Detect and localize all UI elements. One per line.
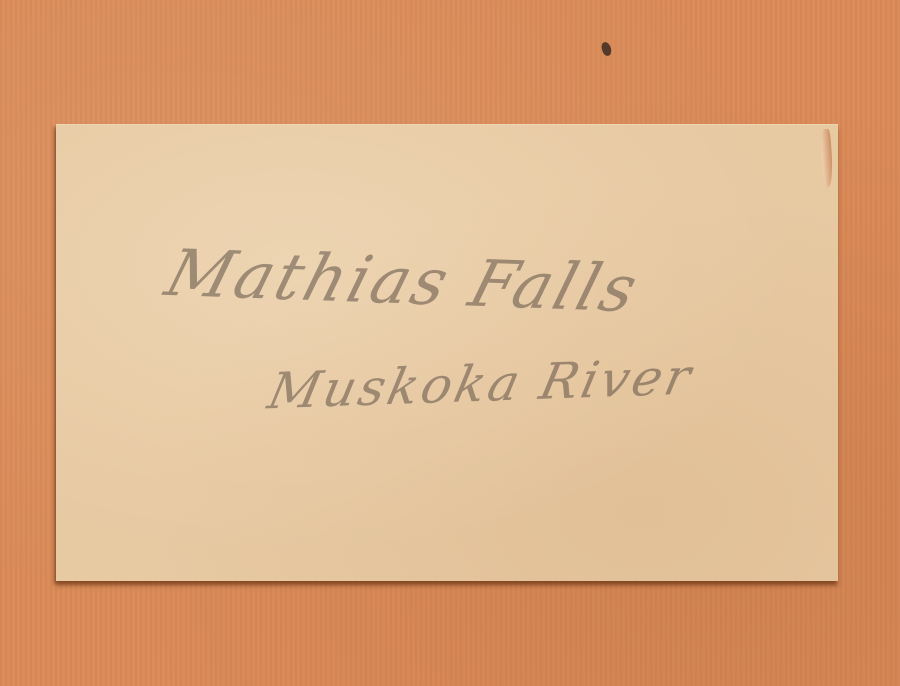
paper-label: Mathias Falls Muskoka River xyxy=(56,124,838,581)
torn-corner xyxy=(820,129,834,188)
orange-mat-board: Mathias Falls Muskoka River xyxy=(0,0,900,686)
handwritten-location: Muskoka River xyxy=(263,348,699,421)
dark-spot xyxy=(600,41,612,57)
handwritten-title: Mathias Falls xyxy=(158,237,648,327)
